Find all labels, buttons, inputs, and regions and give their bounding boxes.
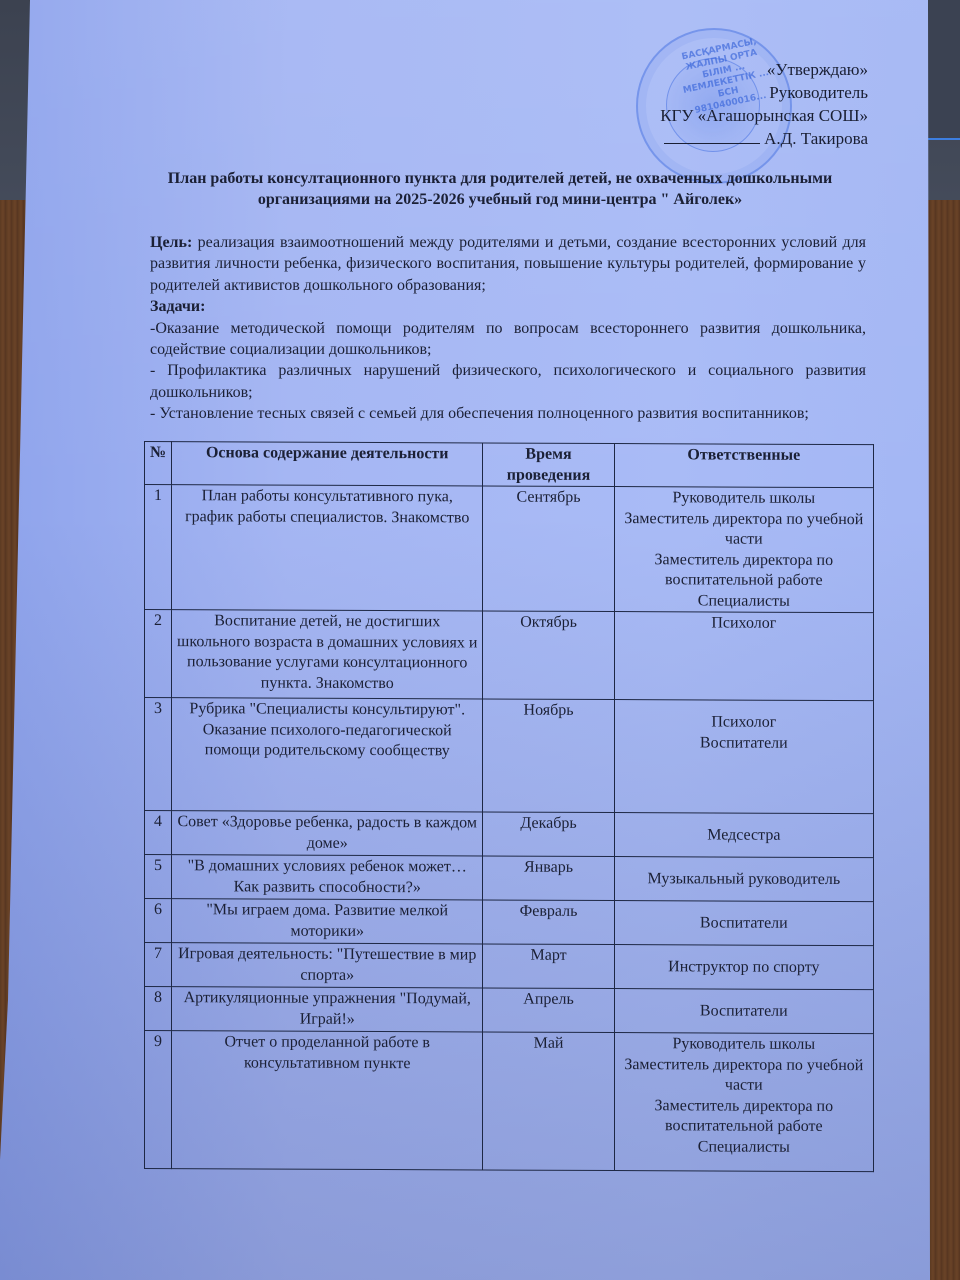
cell-num: 8 (145, 987, 172, 1031)
responsible-person: Специалисты (619, 591, 869, 613)
table-row: 4Совет «Здоровье ребенка, радость в кажд… (145, 811, 874, 858)
table-row: 3Рубрика "Специалисты консультируют". Ок… (145, 698, 874, 814)
document-title: План работы консултационного пункта для … (130, 168, 870, 210)
signature-name: А.Д. Такирова (764, 129, 868, 148)
task-item: -Оказание методической помощи родителям … (150, 318, 866, 361)
cell-responsible: ПсихологВоспитатели (614, 700, 873, 814)
goal-text: реализация взаимоотношений между родител… (150, 234, 866, 294)
cell-num: 2 (145, 610, 172, 698)
document: БАСҚАРМАСЫ, ЖАЛПЫ ОРТА БІЛІМ ... МЕМЛЕКЕ… (0, 0, 960, 1280)
signature-line (664, 129, 760, 144)
responsible-person: Заместитель директора по воспитательной … (619, 1096, 869, 1138)
cell-num: 5 (145, 855, 172, 899)
approval-block: «Утверждаю» Руководитель КГУ «Агашорынск… (660, 58, 868, 150)
cell-num: 3 (145, 698, 172, 811)
table-row: 9Отчет о проделанной работе в консультат… (145, 1031, 874, 1172)
cell-num: 1 (145, 485, 172, 610)
table-row: 1План работы консультативного пука, граф… (145, 485, 874, 613)
approval-line: «Утверждаю» (660, 58, 868, 81)
responsible-person: Инструктор по спорту (619, 957, 869, 979)
approval-line: КГУ «Агашорынская СОШ» (660, 104, 868, 127)
cell-time: Февраль (483, 900, 614, 945)
tasks-label: Задачи: (150, 296, 866, 317)
responsible-person: Музыкальный руководитель (619, 869, 869, 891)
goal-label: Цель: (150, 234, 192, 251)
cell-content: Отчет о проделанной работе в консультати… (172, 1031, 483, 1170)
approval-signature: А.Д. Такирова (660, 127, 868, 150)
header-time: Время проведения (483, 443, 614, 487)
cell-responsible: Медсестра (614, 813, 873, 858)
responsible-person: Заместитель директора по воспитательной … (619, 550, 869, 592)
cell-content: Совет «Здоровье ребенка, радость в каждо… (172, 811, 483, 856)
cell-time: Декабрь (483, 812, 614, 857)
table-row: 6"Мы играем дома. Развитие мелкой мотори… (145, 899, 874, 946)
responsible-person: Заместитель директора по учебной части (619, 1055, 869, 1097)
cell-time: Январь (483, 856, 614, 901)
responsible-person: Психолог (619, 712, 869, 734)
table-row: 7Игровая деятельность: "Путешествие в ми… (145, 943, 874, 990)
cell-time: Апрель (483, 988, 614, 1033)
cell-content: План работы консультативного пука, графи… (172, 485, 483, 611)
cell-responsible: Воспитатели (614, 989, 873, 1034)
responsible-person: Психолог (619, 613, 869, 635)
cell-content: Рубрика "Специалисты консультируют". Ока… (172, 698, 483, 812)
responsible-person: Руководитель школы (619, 488, 869, 510)
cell-responsible: Руководитель школыЗаместитель директора … (614, 487, 873, 613)
task-item: - Установление тесных связей с семьей дл… (150, 403, 866, 424)
document-body: Цель: реализация взаимоотношений между р… (150, 232, 866, 425)
cell-time: Ноябрь (483, 699, 614, 813)
responsible-person: Воспитатели (619, 913, 869, 935)
responsible-person: Руководитель школы (619, 1034, 869, 1056)
responsible-person: Заместитель директора по учебной части (619, 509, 869, 551)
cell-num: 4 (145, 811, 172, 855)
table-row: 8Артикуляционные упражнения "Подумай, Иг… (145, 987, 874, 1034)
cell-num: 9 (145, 1031, 172, 1169)
approval-line: Руководитель (660, 81, 868, 104)
cell-responsible: Психолог (614, 612, 873, 701)
header-content: Основа содержание деятельности (172, 442, 483, 486)
header-num: № (145, 442, 172, 485)
goal-paragraph: Цель: реализация взаимоотношений между р… (150, 232, 866, 296)
responsible-person: Воспитатели (619, 1001, 869, 1023)
header-responsible: Ответственные (614, 444, 873, 488)
cell-responsible: Воспитатели (614, 901, 873, 946)
tasks-label-text: Задачи: (150, 298, 205, 315)
cell-time: Май (483, 1032, 614, 1171)
cell-num: 7 (145, 943, 172, 987)
plan-table: № Основа содержание деятельности Время п… (144, 441, 874, 1172)
table-row: 2Воспитание детей, не достигших школьног… (145, 610, 874, 701)
task-item: - Профилактика различных нарушений физич… (150, 360, 866, 403)
cell-responsible: Музыкальный руководитель (614, 857, 873, 902)
cell-num: 6 (145, 899, 172, 943)
table-header-row: № Основа содержание деятельности Время п… (145, 442, 874, 488)
responsible-person: Специалисты (619, 1137, 869, 1159)
cell-content: Артикуляционные упражнения "Подумай, Игр… (172, 987, 483, 1032)
cell-content: Игровая деятельность: "Путешествие в мир… (172, 943, 483, 988)
cell-content: "Мы играем дома. Развитие мелкой моторик… (172, 899, 483, 944)
responsible-person: Воспитатели (619, 733, 869, 755)
cell-responsible: Руководитель школыЗаместитель директора … (614, 1033, 873, 1172)
cell-content: Воспитание детей, не достигших школьного… (172, 610, 483, 699)
cell-time: Март (483, 944, 614, 989)
responsible-person: Медсестра (619, 825, 869, 847)
table-row: 5"В домашних условиях ребенок может… Как… (145, 855, 874, 902)
cell-content: "В домашних условиях ребенок может… Как … (172, 855, 483, 900)
cell-responsible: Инструктор по спорту (614, 945, 873, 990)
cell-time: Сентябрь (483, 486, 614, 612)
cell-time: Октябрь (483, 611, 614, 700)
